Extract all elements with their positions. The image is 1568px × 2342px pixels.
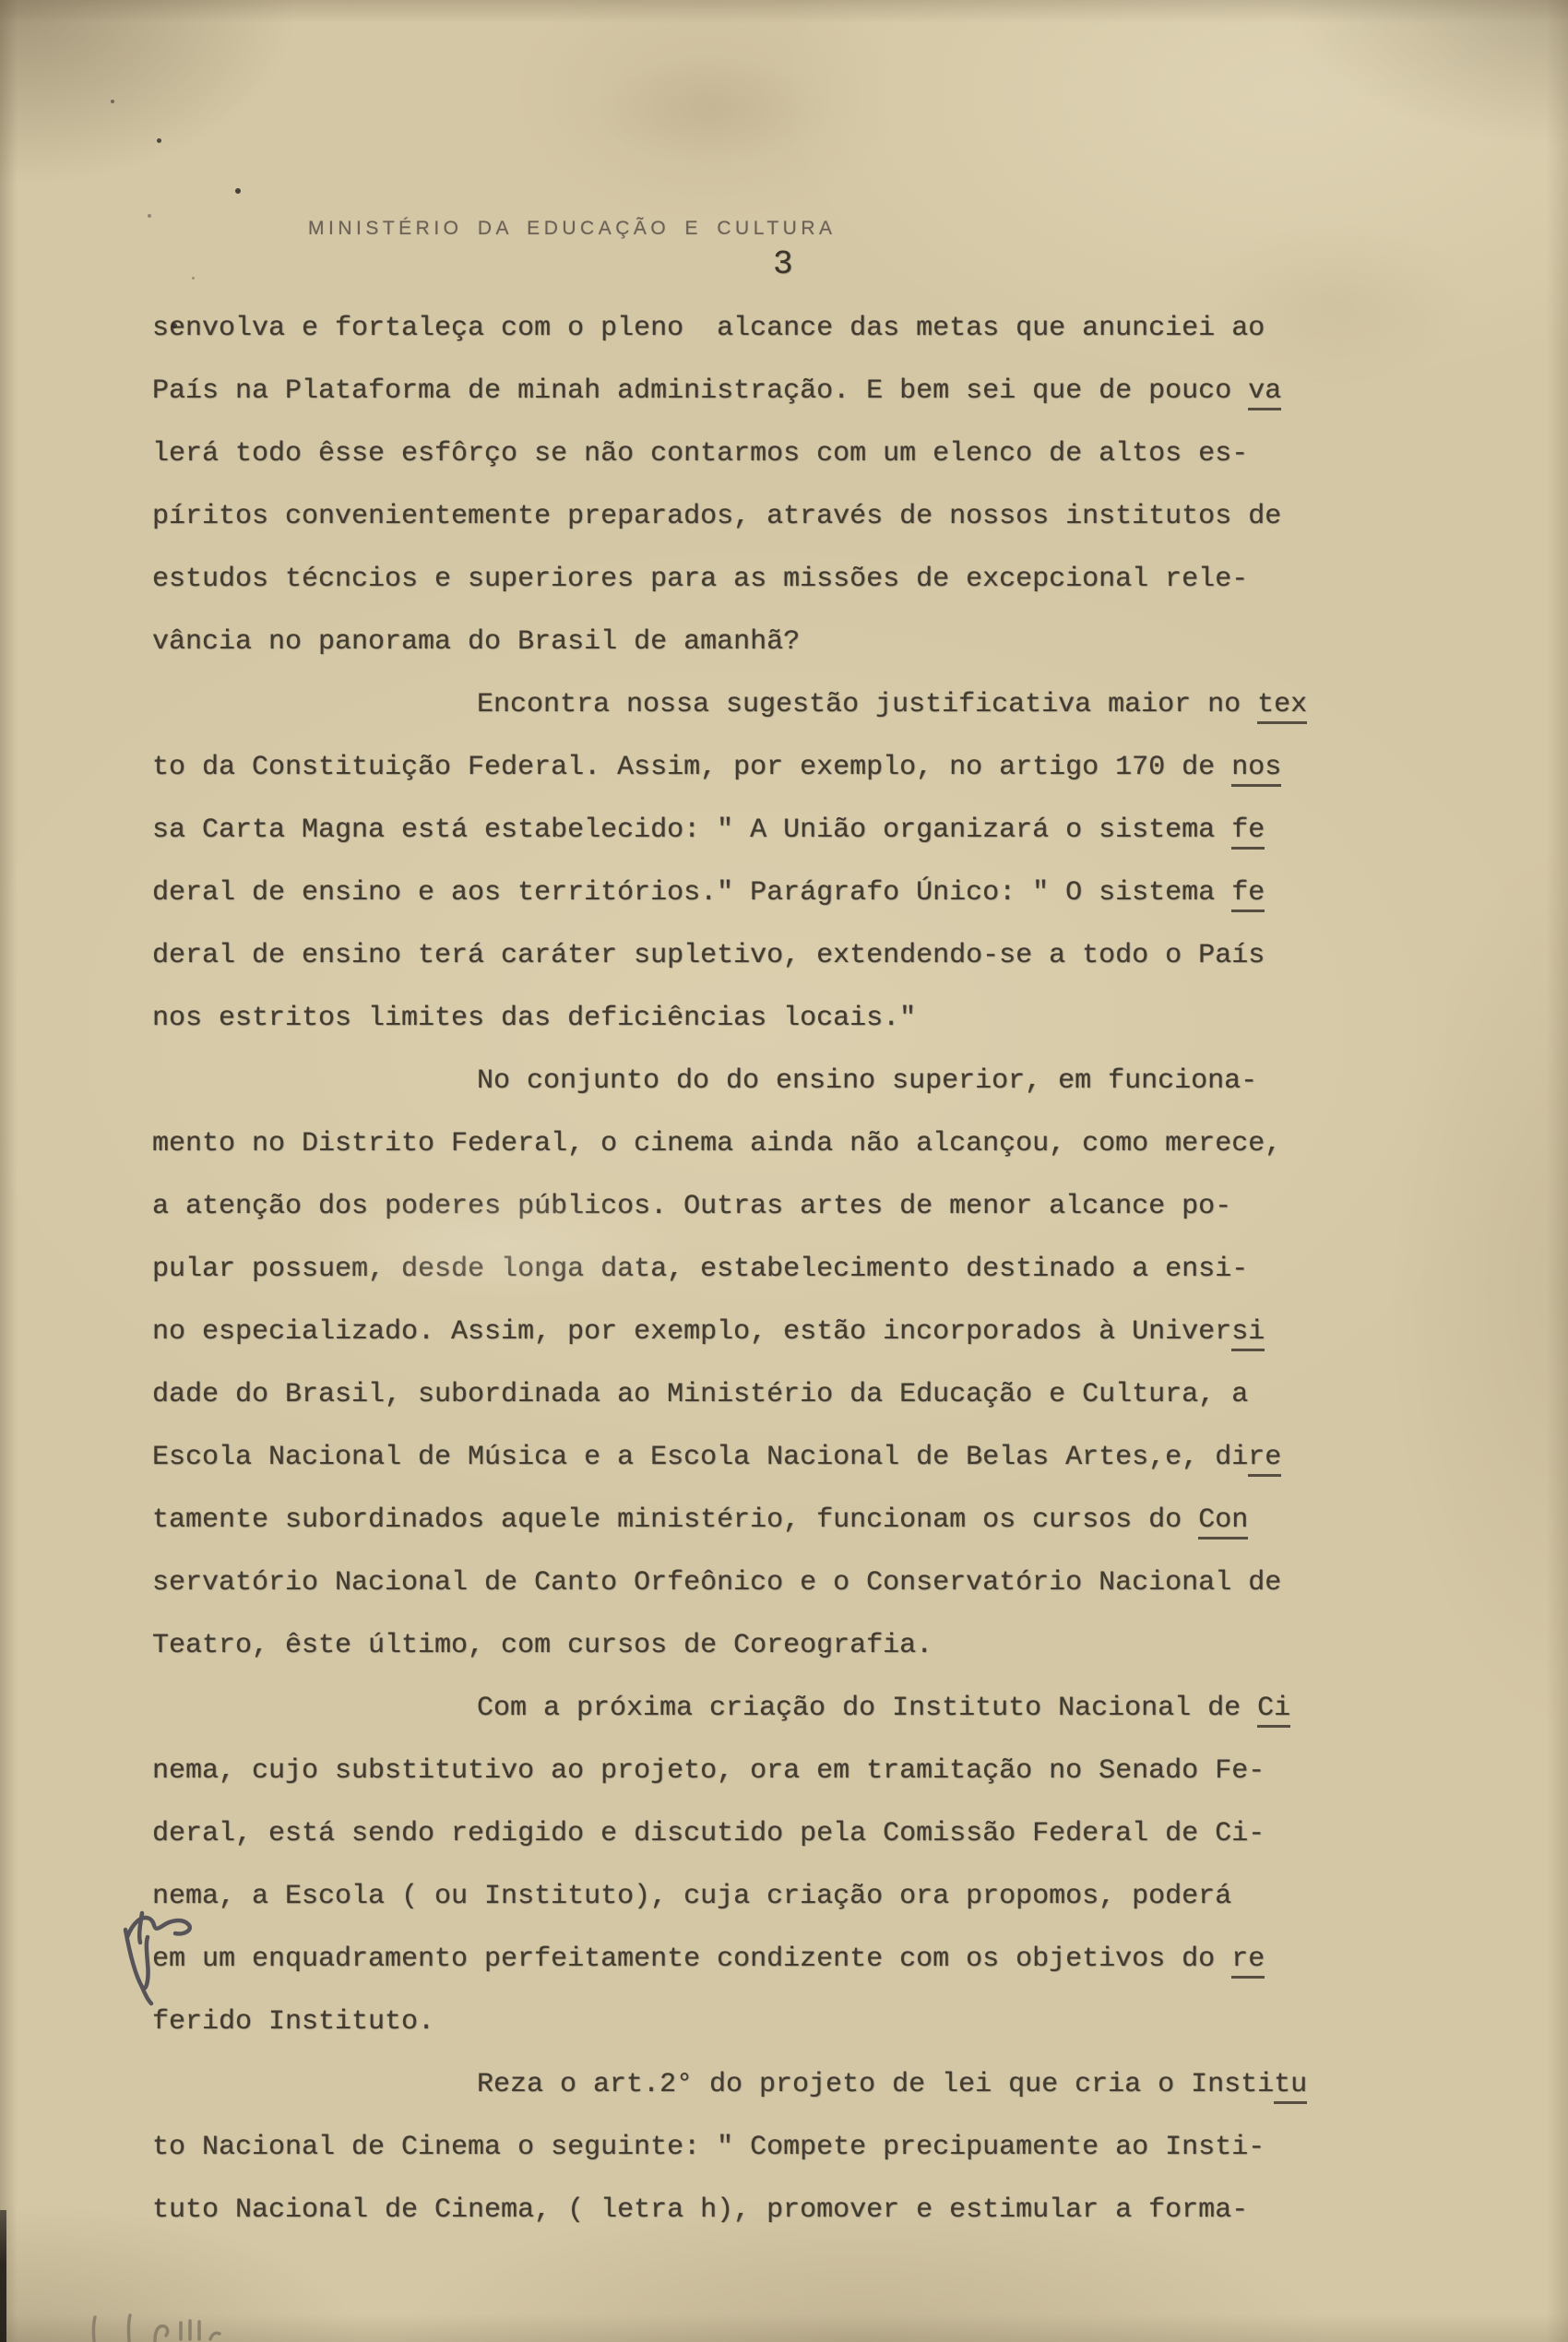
typed-line: no especializado. Assim, por exemplo, es… <box>152 1301 1351 1363</box>
underlined-syllable: fe <box>1231 877 1265 912</box>
typed-line: Encontra nossa sugestão justificativa ma… <box>152 673 1351 736</box>
underlined-syllable: nos <box>1231 752 1281 787</box>
paper-stain <box>590 55 830 166</box>
typed-line: mento no Distrito Federal, o cinema aind… <box>152 1112 1351 1175</box>
ink-speck <box>157 138 161 143</box>
ink-speck <box>235 188 241 194</box>
typed-line: dade do Brasil, subordinada ao Ministéri… <box>152 1363 1351 1426</box>
underlined-syllable: re <box>1231 1944 1265 1979</box>
typed-line: nema, cujo substitutivo ao projeto, ora … <box>152 1740 1351 1802</box>
bottom-edge-handwriting <box>81 2310 321 2342</box>
underlined-syllable: tex <box>1257 689 1307 724</box>
typed-line: estudos técncios e superiores para as mi… <box>152 548 1351 611</box>
typed-line: No conjunto do do ensino superior, em fu… <box>152 1050 1351 1112</box>
letterhead-title: MINISTÉRIO DA EDUCAÇÃO E CULTURA <box>308 218 837 240</box>
typed-line: nos estritos limites das deficiências lo… <box>152 987 1351 1050</box>
typed-line: nema, a Escola ( ou Instituto), cuja cri… <box>152 1865 1351 1928</box>
ink-speck <box>148 214 151 218</box>
typed-line: País na Plataforma de minah administraçã… <box>152 360 1351 422</box>
typed-line: Reza o art.2° do projeto de lei que cria… <box>152 2053 1351 2116</box>
page-number: 3 <box>773 245 793 283</box>
typed-line: servatório Nacional de Canto Orfeônico e… <box>152 1551 1351 1614</box>
typed-line: em um enquadramento perfeitamente condiz… <box>152 1928 1351 1991</box>
typed-line: to Nacional de Cinema o seguinte: " Comp… <box>152 2116 1351 2179</box>
underlined-syllable: si <box>1231 1316 1265 1351</box>
typed-line: tuto Nacional de Cinema, ( letra h), pro… <box>152 2179 1351 2241</box>
typed-text-body: senvolva e fortaleça com o pleno alcance… <box>152 297 1351 2241</box>
underlined-syllable: va <box>1248 375 1281 410</box>
underlined-syllable: tu <box>1274 2069 1307 2104</box>
typed-line: to da Constituição Federal. Assim, por e… <box>152 736 1351 799</box>
underlined-syllable: fe <box>1231 814 1265 850</box>
typed-line: Com a próxima criação do Instituto Nacio… <box>152 1677 1351 1740</box>
underlined-syllable: Con <box>1198 1504 1248 1540</box>
typed-line: pular possuem, desde longa data, estabel… <box>152 1238 1351 1301</box>
typed-line: Escola Nacional de Música e a Escola Nac… <box>152 1426 1351 1489</box>
typed-line: vância no panorama do Brasil de amanhã? <box>152 611 1351 673</box>
typed-line: a atenção dos poderes públicos. Outras a… <box>152 1175 1351 1238</box>
ink-speck <box>192 277 195 279</box>
ink-speck <box>111 100 114 103</box>
typed-line: Teatro, êste último, com cursos de Coreo… <box>152 1614 1351 1677</box>
ink-speck <box>172 323 177 328</box>
underlined-syllable: re <box>1248 1442 1281 1477</box>
typed-line: ferido Instituto. <box>152 1991 1351 2053</box>
scan-edge-shadow <box>0 2210 6 2342</box>
typed-line: senvolva e fortaleça com o pleno alcance… <box>152 297 1351 360</box>
typed-line: deral de ensino terá caráter supletivo, … <box>152 924 1351 987</box>
document-page: MINISTÉRIO DA EDUCAÇÃO E CULTURA 3 senvo… <box>0 0 1568 2342</box>
typed-line: píritos convenientemente preparados, atr… <box>152 485 1351 548</box>
typed-line: lerá todo êsse esfôrço se não contarmos … <box>152 422 1351 485</box>
typed-line: sa Carta Magna está estabelecido: " A Un… <box>152 799 1351 862</box>
underlined-syllable: Ci <box>1257 1693 1290 1728</box>
typed-line: deral, está sendo redigido e discutido p… <box>152 1802 1351 1865</box>
typed-line: tamente subordinados aquele ministério, … <box>152 1489 1351 1551</box>
typed-line: deral de ensino e aos territórios." Pará… <box>152 862 1351 924</box>
